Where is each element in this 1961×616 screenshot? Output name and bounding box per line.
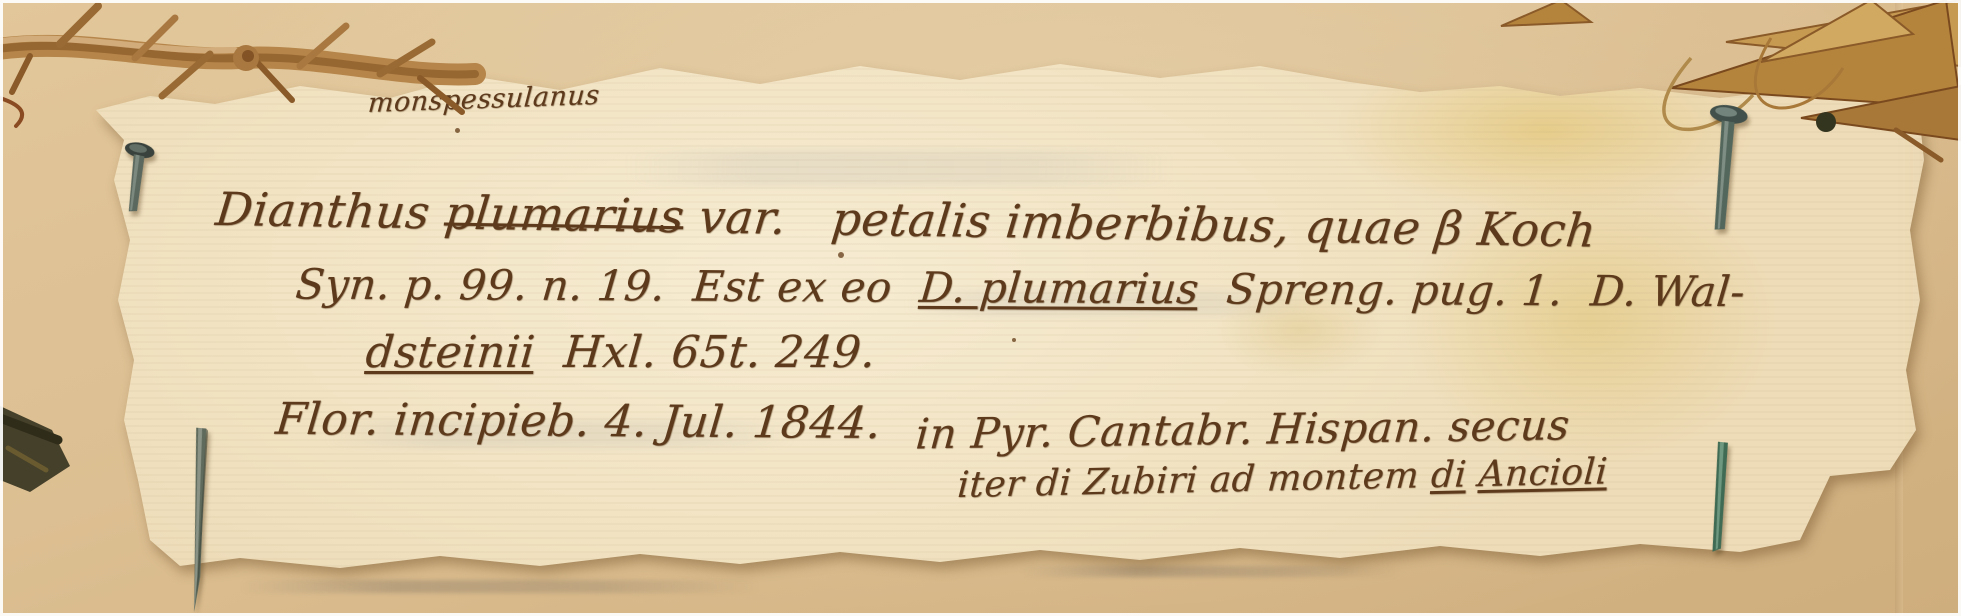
line2-species: D. plumarius <box>917 263 1201 313</box>
line5-route: iter di Zubiri ad montem <box>956 455 1432 506</box>
dried-plant-top-left <box>0 0 500 150</box>
plant-fragment-bottom-left <box>0 388 95 503</box>
flowering-date-text: Flor. incipieb. 4. Jul. 1844. <box>273 394 883 449</box>
line5-di: di <box>1430 454 1468 496</box>
herbarium-photo: monspessulanus Dianthus plumarius var. p… <box>0 0 1961 616</box>
label-line-5: iter di Zubiri ad montem di Ancioli <box>858 410 1612 549</box>
line2-rest: Spreng. pug. 1. D. Wal- <box>1197 264 1748 316</box>
line5-mountain: Ancioli <box>1477 451 1609 495</box>
label-line-4-date: Flor. incipieb. 4. Jul. 1844. <box>153 342 889 500</box>
